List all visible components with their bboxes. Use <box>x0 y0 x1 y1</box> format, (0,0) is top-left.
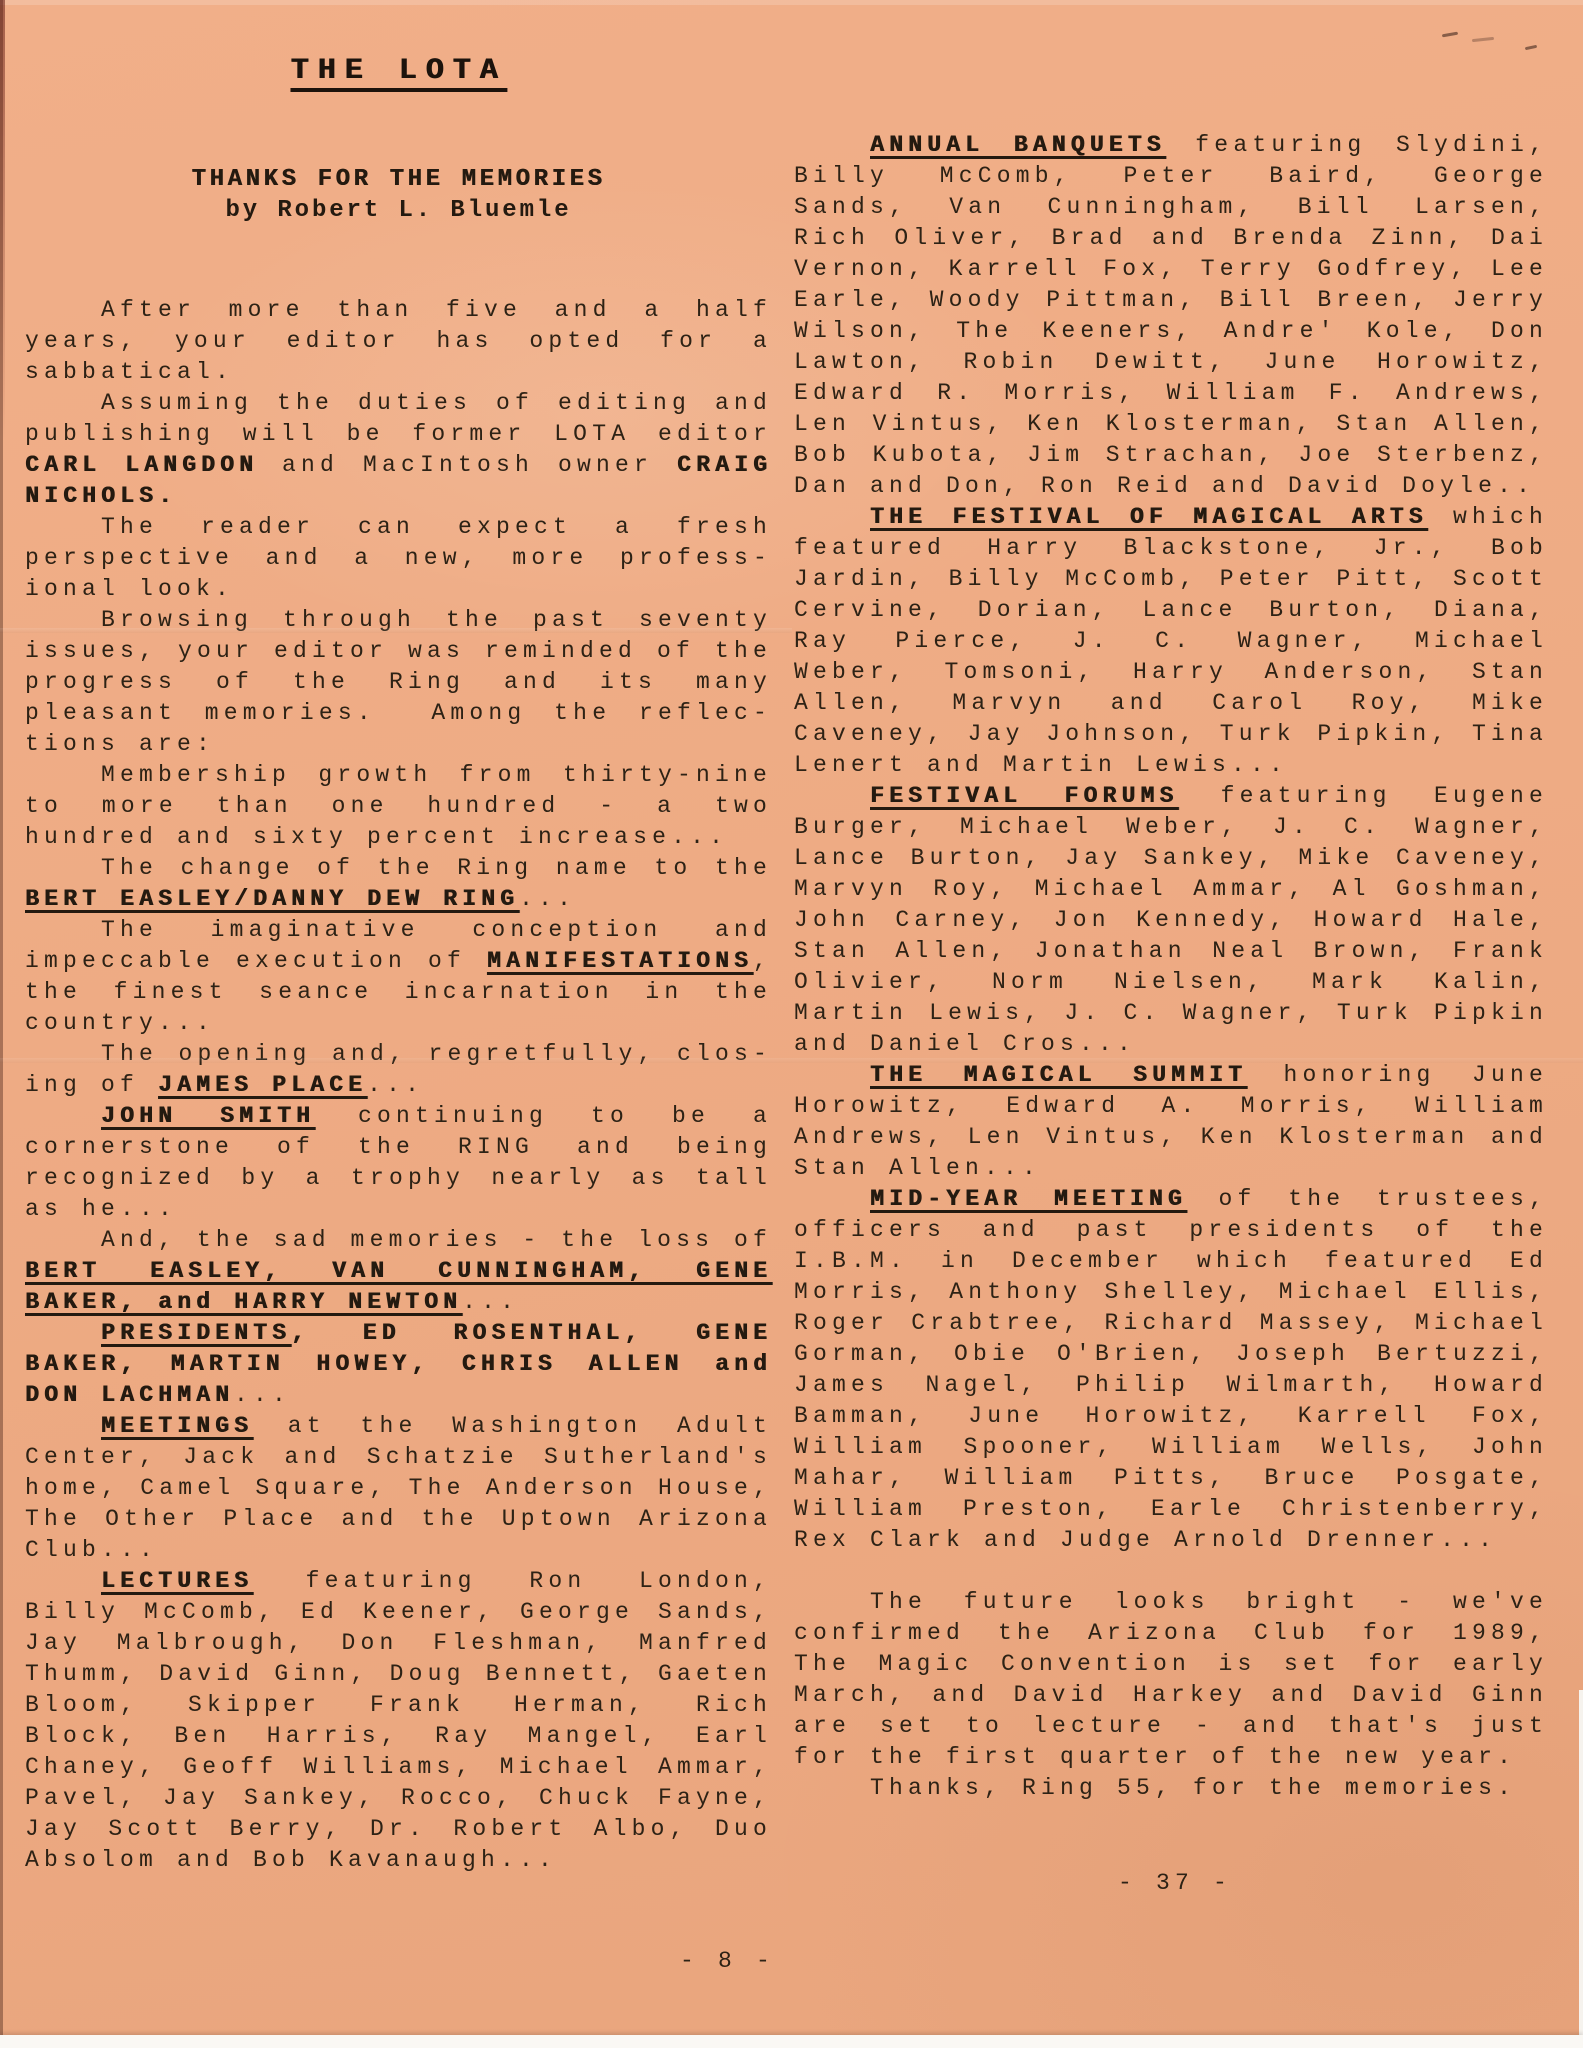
text-line: perspective and a new, more profess- <box>25 543 772 574</box>
text-line: Olivier, Norm Nielsen, Mark Kalin, <box>794 967 1548 998</box>
byline: by Robert L. Bluemle <box>25 197 772 224</box>
paragraph: The imaginative conception andimpeccable… <box>25 915 772 1039</box>
text-line: I.B.M. in December which featured Ed <box>794 1246 1548 1277</box>
text-line: Lance Burton, Jay Sankey, Mike Caveney, <box>794 843 1548 874</box>
underlined-heading-text: BERT EASLEY/DANNY DEW RING <box>25 886 519 912</box>
underlined-heading-text: JAMES PLACE <box>158 1072 367 1098</box>
body-text: Burger, Michael Weber, J. C. Wagner, <box>794 814 1548 840</box>
text-line: PRESIDENTS, ED ROSENTHAL, GENE <box>25 1318 772 1349</box>
body-text: John Carney, Jon Kennedy, Howard Hale, <box>794 907 1548 933</box>
body-text: Weber, Tomsoni, Harry Anderson, Stan <box>794 659 1548 685</box>
text-line: Stan Allen... <box>794 1153 1548 1184</box>
body-text: progress of the Ring and its many <box>25 669 772 695</box>
body-text: William Spooner, William Wells, John <box>794 1434 1548 1460</box>
text-line: Earle, Woody Pittman, Bill Breen, Jerry <box>794 285 1548 316</box>
text-line: BERT EASLEY, VAN CUNNINGHAM, GENE <box>25 1256 772 1287</box>
text-line: DON LACHMAN... <box>25 1380 772 1411</box>
paragraph: THE MAGICAL SUMMIT honoring JuneHorowitz… <box>794 1060 1548 1184</box>
body-text: Edward R. Morris, William F. Andrews, <box>794 380 1548 406</box>
body-text: ional look. <box>25 576 234 602</box>
body-text: are set to lecture - and that's just <box>794 1713 1548 1739</box>
body-text: officers and past presidents of the <box>794 1217 1548 1243</box>
body-text: of the trustees, <box>1187 1186 1548 1212</box>
text-line: Chaney, Geoff Williams, Michael Ammar, <box>25 1752 772 1783</box>
paragraph: And, the sad memories - the loss ofBERT … <box>25 1225 772 1318</box>
text-line: CARL LANGDON and MacIntosh owner CRAIG <box>25 450 772 481</box>
body-text: ... <box>367 1072 424 1098</box>
paragraph: MID-YEAR MEETING of the trustees,officer… <box>794 1184 1548 1556</box>
body-text: hundred and sixty percent increase... <box>25 824 728 850</box>
text-line: The future looks bright - we've <box>794 1587 1548 1618</box>
body-text: Allen, Marvyn and Carol Roy, Mike <box>794 690 1548 716</box>
text-line: Roger Crabtree, Richard Massey, Michael <box>794 1308 1548 1339</box>
underlined-heading-text: MEETINGS <box>101 1413 253 1439</box>
text-line: John Carney, Jon Kennedy, Howard Hale, <box>794 905 1548 936</box>
text-line: Wilson, The Keeners, Andre' Kole, Don <box>794 316 1548 347</box>
text-line: The Magic Convention is set for early <box>794 1649 1548 1680</box>
text-line: FESTIVAL FORUMS featuring Eugene <box>794 781 1548 812</box>
text-line: impeccable execution of MANIFESTATIONS, <box>25 946 772 977</box>
body-text: continuing to be a <box>315 1103 772 1129</box>
body-text: issues, your editor was reminded of the <box>25 638 772 664</box>
body-text: Jay Scott Berry, Dr. Robert Albo, Duo <box>25 1816 772 1842</box>
text-line: ional look. <box>25 574 772 605</box>
text-line: pleasant memories. Among the reflec- <box>25 698 772 729</box>
text-line: Absolom and Bob Kavanaugh... <box>25 1845 772 1876</box>
text-line: The reader can expect a fresh <box>25 512 772 543</box>
text-line: BERT EASLEY/DANNY DEW RING... <box>25 884 772 915</box>
body-text: Rex Clark and Judge Arnold Drenner... <box>794 1527 1497 1553</box>
text-line: BAKER, MARTIN HOWEY, CHRIS ALLEN and <box>25 1349 772 1380</box>
body-text: featuring Slydini, <box>1166 132 1548 158</box>
body-text: perspective and a new, more profess- <box>25 545 772 571</box>
text-line: Thanks, Ring 55, for the memories. <box>794 1773 1548 1804</box>
text-line: And, the sad memories - the loss of <box>25 1225 772 1256</box>
body-text: as he... <box>25 1196 177 1222</box>
body-text: honoring June <box>1247 1062 1548 1088</box>
underlined-heading-text: BERT EASLEY, VAN CUNNINGHAM, GENE <box>25 1258 772 1284</box>
text-line: issues, your editor was reminded of the <box>25 636 772 667</box>
text-line: LECTURES featuring Ron London, <box>25 1566 772 1597</box>
crease-marks <box>1442 32 1458 38</box>
body-text: Chaney, Geoff Williams, Michael Ammar, <box>25 1754 772 1780</box>
text-line: the finest seance incarnation in the <box>25 977 772 1008</box>
paragraph: Membership growth from thirty-nineto mor… <box>25 760 772 853</box>
newsletter-title: THE LOTA <box>25 54 772 88</box>
text-line: featured Harry Blackstone, Jr., Bob <box>794 533 1548 564</box>
text-line: After more than five and a half <box>25 295 772 326</box>
body-text: sabbatical. <box>25 359 234 385</box>
text-line: Stan Allen, Jonathan Neal Brown, Frank <box>794 936 1548 967</box>
body-text: Olivier, Norm Nielsen, Mark Kalin, <box>794 969 1548 995</box>
text-line: MEETINGS at the Washington Adult <box>25 1411 772 1442</box>
paragraph: MEETINGS at the Washington AdultCenter, … <box>25 1411 772 1566</box>
paragraph: JOHN SMITH continuing to be acornerstone… <box>25 1101 772 1225</box>
paragraph: Thanks, Ring 55, for the memories. <box>794 1773 1548 1804</box>
body-text: Caveney, Jay Johnson, Turk Pipkin, Tina <box>794 721 1548 747</box>
body-text: The Magic Convention is set for early <box>794 1651 1548 1677</box>
text-line: ANNUAL BANQUETS featuring Slydini, <box>794 130 1548 161</box>
paper-fold-crease <box>0 1058 1583 1063</box>
paragraph: PRESIDENTS, ED ROSENTHAL, GENEBAKER, MAR… <box>25 1318 772 1411</box>
text-line: Jay Scott Berry, Dr. Robert Albo, Duo <box>25 1814 772 1845</box>
body-text: The Other Place and the Uptown Arizona <box>25 1506 772 1532</box>
body-text: The future looks bright - we've <box>870 1589 1548 1615</box>
text-line: Andrews, Len Vintus, Ken Klosterman and <box>794 1122 1548 1153</box>
body-text: Billy McComb, Ed Keener, George Sands, <box>25 1599 772 1625</box>
body-text: I.B.M. in December which featured Ed <box>794 1248 1548 1274</box>
body-text: Block, Ben Harris, Ray Mangel, Earl <box>25 1723 772 1749</box>
text-line: confirmed the Arizona Club for 1989, <box>794 1618 1548 1649</box>
paragraph: LECTURES featuring Ron London,Billy McCo… <box>25 1566 772 1876</box>
text-line: Allen, Marvyn and Carol Roy, Mike <box>794 688 1548 719</box>
text-line: Edward R. Morris, William F. Andrews, <box>794 378 1548 409</box>
body-text: , ED ROSENTHAL, GENE <box>291 1320 772 1346</box>
body-text: country... <box>25 1010 215 1036</box>
text-line: THE MAGICAL SUMMIT honoring June <box>794 1060 1548 1091</box>
underlined-heading-text: THE FESTIVAL OF MAGICAL ARTS <box>870 504 1428 530</box>
text-line: home, Camel Square, The Anderson House, <box>25 1473 772 1504</box>
text-line: The imaginative conception and <box>25 915 772 946</box>
paragraph: THE FESTIVAL OF MAGICAL ARTS whichfeatur… <box>794 502 1548 781</box>
body-text: Billy McComb, Peter Baird, George <box>794 163 1548 189</box>
body-text: which <box>1428 504 1548 530</box>
body-text: Mahar, William Pitts, Bruce Posgate, <box>794 1465 1548 1491</box>
body-text: and MacIntosh owner <box>258 452 677 478</box>
text-line: for the first quarter of the new year. <box>794 1742 1548 1773</box>
text-line: NICHOLS. <box>25 481 772 512</box>
body-text: , <box>753 948 772 974</box>
text-line: THE FESTIVAL OF MAGICAL ARTS which <box>794 502 1548 533</box>
body-text: William Preston, Earle Christenberry, <box>794 1496 1548 1522</box>
body-text: Jay Malbrough, Don Fleshman, Manfred <box>25 1630 772 1656</box>
body-text: Assuming the duties of editing and <box>101 390 772 416</box>
text-line: and Daniel Cros... <box>794 1029 1548 1060</box>
text-line: Horowitz, Edward A. Morris, William <box>794 1091 1548 1122</box>
text-line: Burger, Michael Weber, J. C. Wagner, <box>794 812 1548 843</box>
body-text: NICHOLS. <box>25 483 177 509</box>
underlined-heading-text: MANIFESTATIONS <box>487 948 753 974</box>
text-line: JOHN SMITH continuing to be a <box>25 1101 772 1132</box>
text-line: Club... <box>25 1535 772 1566</box>
text-line: Caveney, Jay Johnson, Turk Pipkin, Tina <box>794 719 1548 750</box>
scan-bottom-edge <box>0 2035 1583 2048</box>
underlined-heading-text: ANNUAL BANQUETS <box>870 132 1166 158</box>
underlined-heading-text: BAKER, and HARRY NEWTON <box>25 1289 462 1315</box>
body-text: Horowitz, Edward A. Morris, William <box>794 1093 1548 1119</box>
body-text: Roger Crabtree, Richard Massey, Michael <box>794 1310 1548 1336</box>
body-text: Morris, Anthony Shelley, Michael Ellis, <box>794 1279 1548 1305</box>
body-text: Rich Oliver, Brad and Brenda Zinn, Dai <box>794 225 1548 251</box>
body-text: Lance Burton, Jay Sankey, Mike Caveney, <box>794 845 1548 871</box>
text-line: Marvyn Roy, Michael Ammar, Al Goshman, <box>794 874 1548 905</box>
body-text: Stan Allen... <box>794 1155 1041 1181</box>
body-text: The change of the Ring name to the <box>101 855 772 881</box>
text-line: Jardin, Billy McComb, Peter Pitt, Scott <box>794 564 1548 595</box>
underlined-heading-text: MID-YEAR MEETING <box>870 1186 1187 1212</box>
body-text: years, your editor has opted for a <box>25 328 772 354</box>
text-line: William Spooner, William Wells, John <box>794 1432 1548 1463</box>
body-text: Bamman, June Horowitz, Karrell Fox, <box>794 1403 1548 1429</box>
text-line: Billy McComb, Peter Baird, George <box>794 161 1548 192</box>
body-text: Lawton, Robin Dewitt, June Horowitz, <box>794 349 1548 375</box>
footer-page-number: - 8 - <box>680 1948 775 1974</box>
paragraph: The reader can expect a freshperspective… <box>25 512 772 605</box>
text-line: Ray Pierce, J. C. Wagner, Michael <box>794 626 1548 657</box>
paragraph: FESTIVAL FORUMS featuring EugeneBurger, … <box>794 781 1548 1060</box>
text-line: recognized by a trophy nearly as tall <box>25 1163 772 1194</box>
text-line: country... <box>25 1008 772 1039</box>
text-line: The Other Place and the Uptown Arizona <box>25 1504 772 1535</box>
body-text: March, and David Harkey and David Ginn <box>794 1682 1548 1708</box>
body-text: BAKER, MARTIN HOWEY, CHRIS ALLEN and <box>25 1351 772 1377</box>
body-text: Club... <box>25 1537 158 1563</box>
crease-marks <box>1525 45 1537 50</box>
text-line: Bloom, Skipper Frank Herman, Rich <box>25 1690 772 1721</box>
text-line: The change of the Ring name to the <box>25 853 772 884</box>
text-line: Dan and Don, Ron Reid and David Doyle.. <box>794 471 1548 502</box>
text-line: years, your editor has opted for a <box>25 326 772 357</box>
body-text: Dan and Don, Ron Reid and David Doyle.. <box>794 473 1535 499</box>
body-text: featuring Ron London, <box>253 1568 772 1594</box>
text-line: sabbatical. <box>25 357 772 388</box>
text-line: James Nagel, Philip Wilmarth, Howard <box>794 1370 1548 1401</box>
body-text: Marvyn Roy, Michael Ammar, Al Goshman, <box>794 876 1548 902</box>
text-line: Morris, Anthony Shelley, Michael Ellis, <box>794 1277 1548 1308</box>
text-line: Bamman, June Horowitz, Karrell Fox, <box>794 1401 1548 1432</box>
text-line: Weber, Tomsoni, Harry Anderson, Stan <box>794 657 1548 688</box>
text-line: Pavel, Jay Sankey, Rocco, Chuck Fayne, <box>25 1783 772 1814</box>
text-line: to more than one hundred - a two <box>25 791 772 822</box>
body-text: to more than one hundred - a two <box>25 793 772 819</box>
text-line: Lenert and Martin Lewis... <box>794 750 1548 781</box>
text-line: Center, Jack and Schatzie Sutherland's <box>25 1442 772 1473</box>
text-line: Sands, Van Cunningham, Bill Larsen, <box>794 192 1548 223</box>
paragraph: The change of the Ring name to theBERT E… <box>25 853 772 915</box>
text-line: BAKER, and HARRY NEWTON... <box>25 1287 772 1318</box>
body-text: Absolom and Bob Kavanaugh... <box>25 1847 557 1873</box>
body-text: ing of <box>25 1072 158 1098</box>
body-text: Jardin, Billy McComb, Peter Pitt, Scott <box>794 566 1548 592</box>
body-text: recognized by a trophy nearly as tall <box>25 1165 772 1191</box>
body-text: Gorman, Obie O'Brien, Joseph Bertuzzi, <box>794 1341 1548 1367</box>
body-text: The opening and, regretfully, clos- <box>101 1041 772 1067</box>
body-text: The reader can expect a fresh <box>101 514 772 540</box>
body-text: Cervine, Dorian, Lance Burton, Diana, <box>794 597 1548 623</box>
text-line: as he... <box>25 1194 772 1225</box>
body-text: and Daniel Cros... <box>794 1031 1136 1057</box>
body-text: ... <box>462 1289 519 1315</box>
body-text: cornerstone of the RING and being <box>25 1134 772 1160</box>
article-title: THANKS FOR THE MEMORIES <box>25 166 772 193</box>
body-text: CARL LANGDON <box>25 452 258 478</box>
text-line: ing of JAMES PLACE... <box>25 1070 772 1101</box>
body-text: home, Camel Square, The Anderson House, <box>25 1475 772 1501</box>
inner-page-number: - 37 - <box>1118 1870 1232 1896</box>
body-text: Ray Pierce, J. C. Wagner, Michael <box>794 628 1548 654</box>
underlined-heading-text: LECTURES <box>101 1568 253 1594</box>
text-line: Mahar, William Pitts, Bruce Posgate, <box>794 1463 1548 1494</box>
text-line: hundred and sixty percent increase... <box>25 822 772 853</box>
body-text: featuring Eugene <box>1178 783 1548 809</box>
text-line: cornerstone of the RING and being <box>25 1132 772 1163</box>
paper-fold-crease <box>0 628 792 633</box>
text-line: Block, Ben Harris, Ray Mangel, Earl <box>25 1721 772 1752</box>
text-line: Cervine, Dorian, Lance Burton, Diana, <box>794 595 1548 626</box>
body-text: The imaginative conception and <box>101 917 772 943</box>
text-line: Lawton, Robin Dewitt, June Horowitz, <box>794 347 1548 378</box>
body-text: at the Washington Adult <box>253 1413 772 1439</box>
paragraph: The opening and, regretfully, clos-ing o… <box>25 1039 772 1101</box>
body-text: Pavel, Jay Sankey, Rocco, Chuck Fayne, <box>25 1785 772 1811</box>
body-text: And, the sad memories - the loss of <box>101 1227 772 1253</box>
underlined-heading-text: JOHN SMITH <box>101 1103 315 1129</box>
body-text: Andrews, Len Vintus, Ken Klosterman and <box>794 1124 1548 1150</box>
underlined-heading-text: FESTIVAL FORUMS <box>870 783 1178 809</box>
body-text: pleasant memories. Among the reflec- <box>25 700 772 726</box>
text-line: Membership growth from thirty-nine <box>25 760 772 791</box>
underlined-heading-text: THE MAGICAL SUMMIT <box>870 1062 1247 1088</box>
text-line: Vernon, Karrell Fox, Terry Godfrey, Lee <box>794 254 1548 285</box>
body-text: publishing will be former LOTA editor <box>25 421 772 447</box>
text-line: Rich Oliver, Brad and Brenda Zinn, Dai <box>794 223 1548 254</box>
body-text: Earle, Woody Pittman, Bill Breen, Jerry <box>794 287 1548 313</box>
text-line: Billy McComb, Ed Keener, George Sands, <box>25 1597 772 1628</box>
underlined-heading-text: PRESIDENTS <box>101 1320 291 1346</box>
body-text: Thanks, Ring 55, for the memories. <box>870 1775 1516 1801</box>
paragraph: After more than five and a halfyears, yo… <box>25 295 772 388</box>
body-text: impeccable execution of <box>25 948 487 974</box>
text-line: Len Vintus, Ken Klosterman, Stan Allen, <box>794 409 1548 440</box>
body-text: confirmed the Arizona Club for 1989, <box>794 1620 1548 1646</box>
body-text: Vernon, Karrell Fox, Terry Godfrey, Lee <box>794 256 1548 282</box>
text-line: Rex Clark and Judge Arnold Drenner... <box>794 1525 1548 1556</box>
paragraph: The future looks bright - we'veconfirmed… <box>794 1587 1548 1773</box>
right-column: ANNUAL BANQUETS featuring Slydini,Billy … <box>794 130 1548 1804</box>
text-line: are set to lecture - and that's just <box>794 1711 1548 1742</box>
body-text: ... <box>519 886 576 912</box>
body-text: CRAIG <box>677 452 772 478</box>
body-text: DON LACHMAN <box>25 1382 234 1408</box>
text-line: Assuming the duties of editing and <box>25 388 772 419</box>
scan-left-streak <box>0 0 5 440</box>
text-line: publishing will be former LOTA editor <box>25 419 772 450</box>
paragraph: Assuming the duties of editing andpublis… <box>25 388 772 512</box>
text-line: tions are: <box>25 729 772 760</box>
body-text: After more than five and a half <box>101 297 772 323</box>
body-text: Bloom, Skipper Frank Herman, Rich <box>25 1692 772 1718</box>
body-text: tions are: <box>25 731 215 757</box>
body-text: Lenert and Martin Lewis... <box>794 752 1288 778</box>
body-text: Martin Lewis, J. C. Wagner, Turk Pipkin <box>794 1000 1548 1026</box>
body-text: Wilson, The Keeners, Andre' Kole, Don <box>794 318 1548 344</box>
text-line: March, and David Harkey and David Ginn <box>794 1680 1548 1711</box>
scanned-newsletter-page: THE LOTA THANKS FOR THE MEMORIES by Robe… <box>0 0 1583 2048</box>
body-text: featured Harry Blackstone, Jr., Bob <box>794 535 1548 561</box>
body-text: Stan Allen, Jonathan Neal Brown, Frank <box>794 938 1548 964</box>
text-line: progress of the Ring and its many <box>25 667 772 698</box>
body-text: ... <box>234 1382 291 1408</box>
body-text: Membership growth from thirty-nine <box>101 762 772 788</box>
text-line: William Preston, Earle Christenberry, <box>794 1494 1548 1525</box>
body-text: Center, Jack and Schatzie Sutherland's <box>25 1444 772 1470</box>
scan-top-edge <box>0 0 1583 5</box>
scan-right-edge <box>1579 1690 1583 2048</box>
text-line: Thumm, David Ginn, Doug Bennett, Gaeten <box>25 1659 772 1690</box>
body-text: Bob Kubota, Jim Strachan, Joe Sterbenz, <box>794 442 1548 468</box>
text-line: MID-YEAR MEETING of the trustees, <box>794 1184 1548 1215</box>
left-column: After more than five and a halfyears, yo… <box>25 295 772 1876</box>
text-line: Jay Malbrough, Don Fleshman, Manfred <box>25 1628 772 1659</box>
body-text: Len Vintus, Ken Klosterman, Stan Allen, <box>794 411 1548 437</box>
text-line: The opening and, regretfully, clos- <box>25 1039 772 1070</box>
body-text: the finest seance incarnation in the <box>25 979 772 1005</box>
text-line: Bob Kubota, Jim Strachan, Joe Sterbenz, <box>794 440 1548 471</box>
body-text: for the first quarter of the new year. <box>794 1744 1516 1770</box>
body-text: James Nagel, Philip Wilmarth, Howard <box>794 1372 1548 1398</box>
text-line: Martin Lewis, J. C. Wagner, Turk Pipkin <box>794 998 1548 1029</box>
text-line: officers and past presidents of the <box>794 1215 1548 1246</box>
body-text: Sands, Van Cunningham, Bill Larsen, <box>794 194 1548 220</box>
body-text: Thumm, David Ginn, Doug Bennett, Gaeten <box>25 1661 772 1687</box>
text-line: Gorman, Obie O'Brien, Joseph Bertuzzi, <box>794 1339 1548 1370</box>
crease-marks <box>1472 37 1494 42</box>
paragraph: ANNUAL BANQUETS featuring Slydini,Billy … <box>794 130 1548 502</box>
